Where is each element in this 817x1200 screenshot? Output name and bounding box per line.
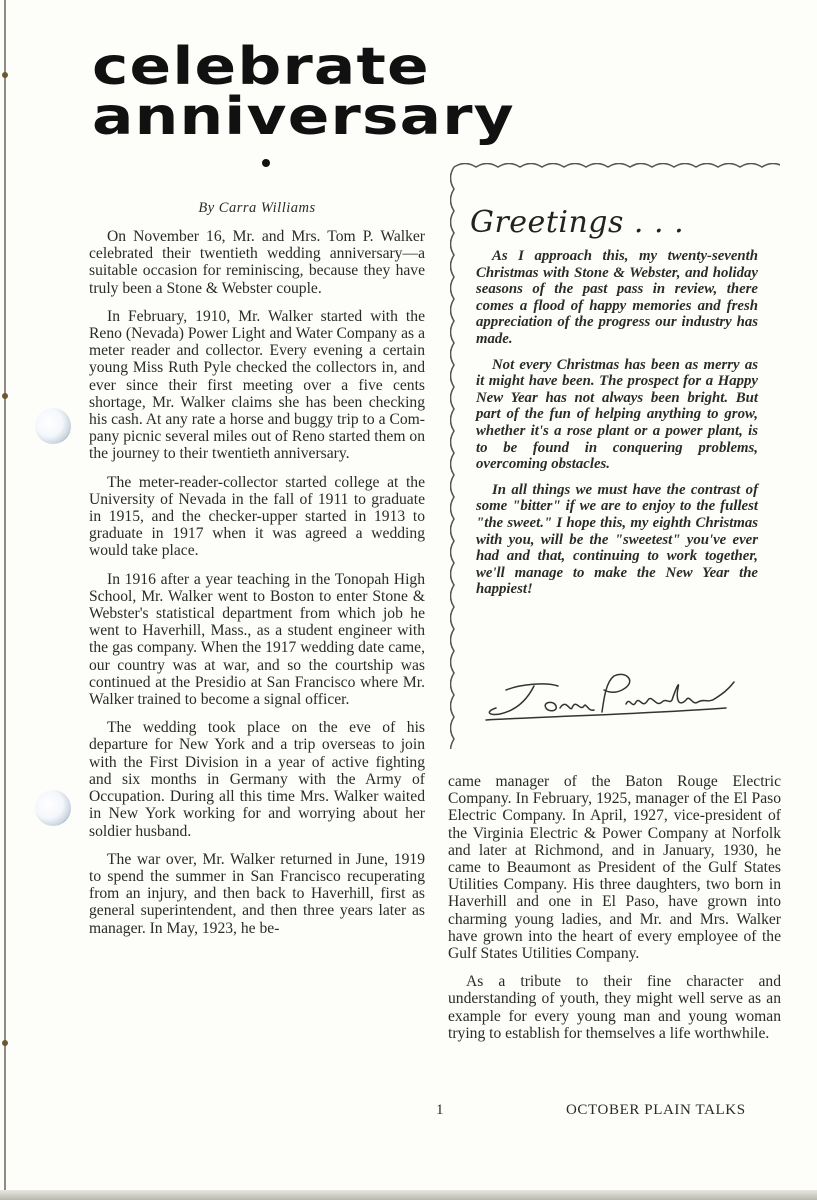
headline-line-2: anniversary — [92, 87, 515, 147]
greeting-title: Greetings . . . — [470, 205, 684, 240]
bullet-ornament-icon — [262, 159, 270, 167]
binder-hole-icon — [35, 790, 71, 826]
binding-mark — [2, 1040, 8, 1046]
greeting-box: Greetings . . . As I approach this, my t… — [450, 163, 780, 749]
greeting-paragraph: As I approach this, my twenty-seventh Ch… — [476, 248, 758, 348]
greeting-paragraph: Not every Christmas has been as merry as… — [476, 357, 758, 473]
article-paragraph: As a tribute to their fine character and… — [448, 973, 781, 1042]
article-left-column: On November 16, Mr. and Mrs. Tom P. Walk… — [89, 228, 425, 948]
signature-icon — [476, 668, 766, 728]
page-bottom-edge — [0, 1190, 817, 1200]
article-right-column: came manager of the Baton Rouge Elec­tri… — [448, 773, 781, 1053]
article-paragraph: came manager of the Baton Rouge Elec­tri… — [448, 773, 781, 962]
binding-mark — [2, 72, 8, 78]
article-paragraph: The meter-reader-collector started col­l… — [89, 474, 425, 560]
page-number: 1 — [436, 1102, 444, 1119]
article-paragraph: The war over, Mr. Walker returned in Jun… — [89, 851, 425, 937]
article-paragraph: The wedding took place on the eve of his… — [89, 719, 425, 839]
binder-hole-icon — [35, 408, 71, 444]
publication-name: OCTOBER PLAIN TALKS — [566, 1102, 746, 1119]
article-paragraph: On November 16, Mr. and Mrs. Tom P. Walk… — [89, 228, 425, 297]
binding-mark — [2, 393, 8, 399]
article-paragraph: In 1916 after a year teaching in the Ton… — [89, 571, 425, 709]
article-paragraph: In February, 1910, Mr. Walker started wi… — [89, 308, 425, 463]
byline: By Carra Williams — [89, 200, 425, 217]
article-headline: celebrate anniversary — [92, 42, 515, 142]
page-binding-edge — [4, 0, 6, 1190]
greeting-paragraph: In all things we must have the contrast … — [476, 482, 758, 598]
greeting-body: As I approach this, my twenty-seventh Ch… — [476, 248, 758, 607]
